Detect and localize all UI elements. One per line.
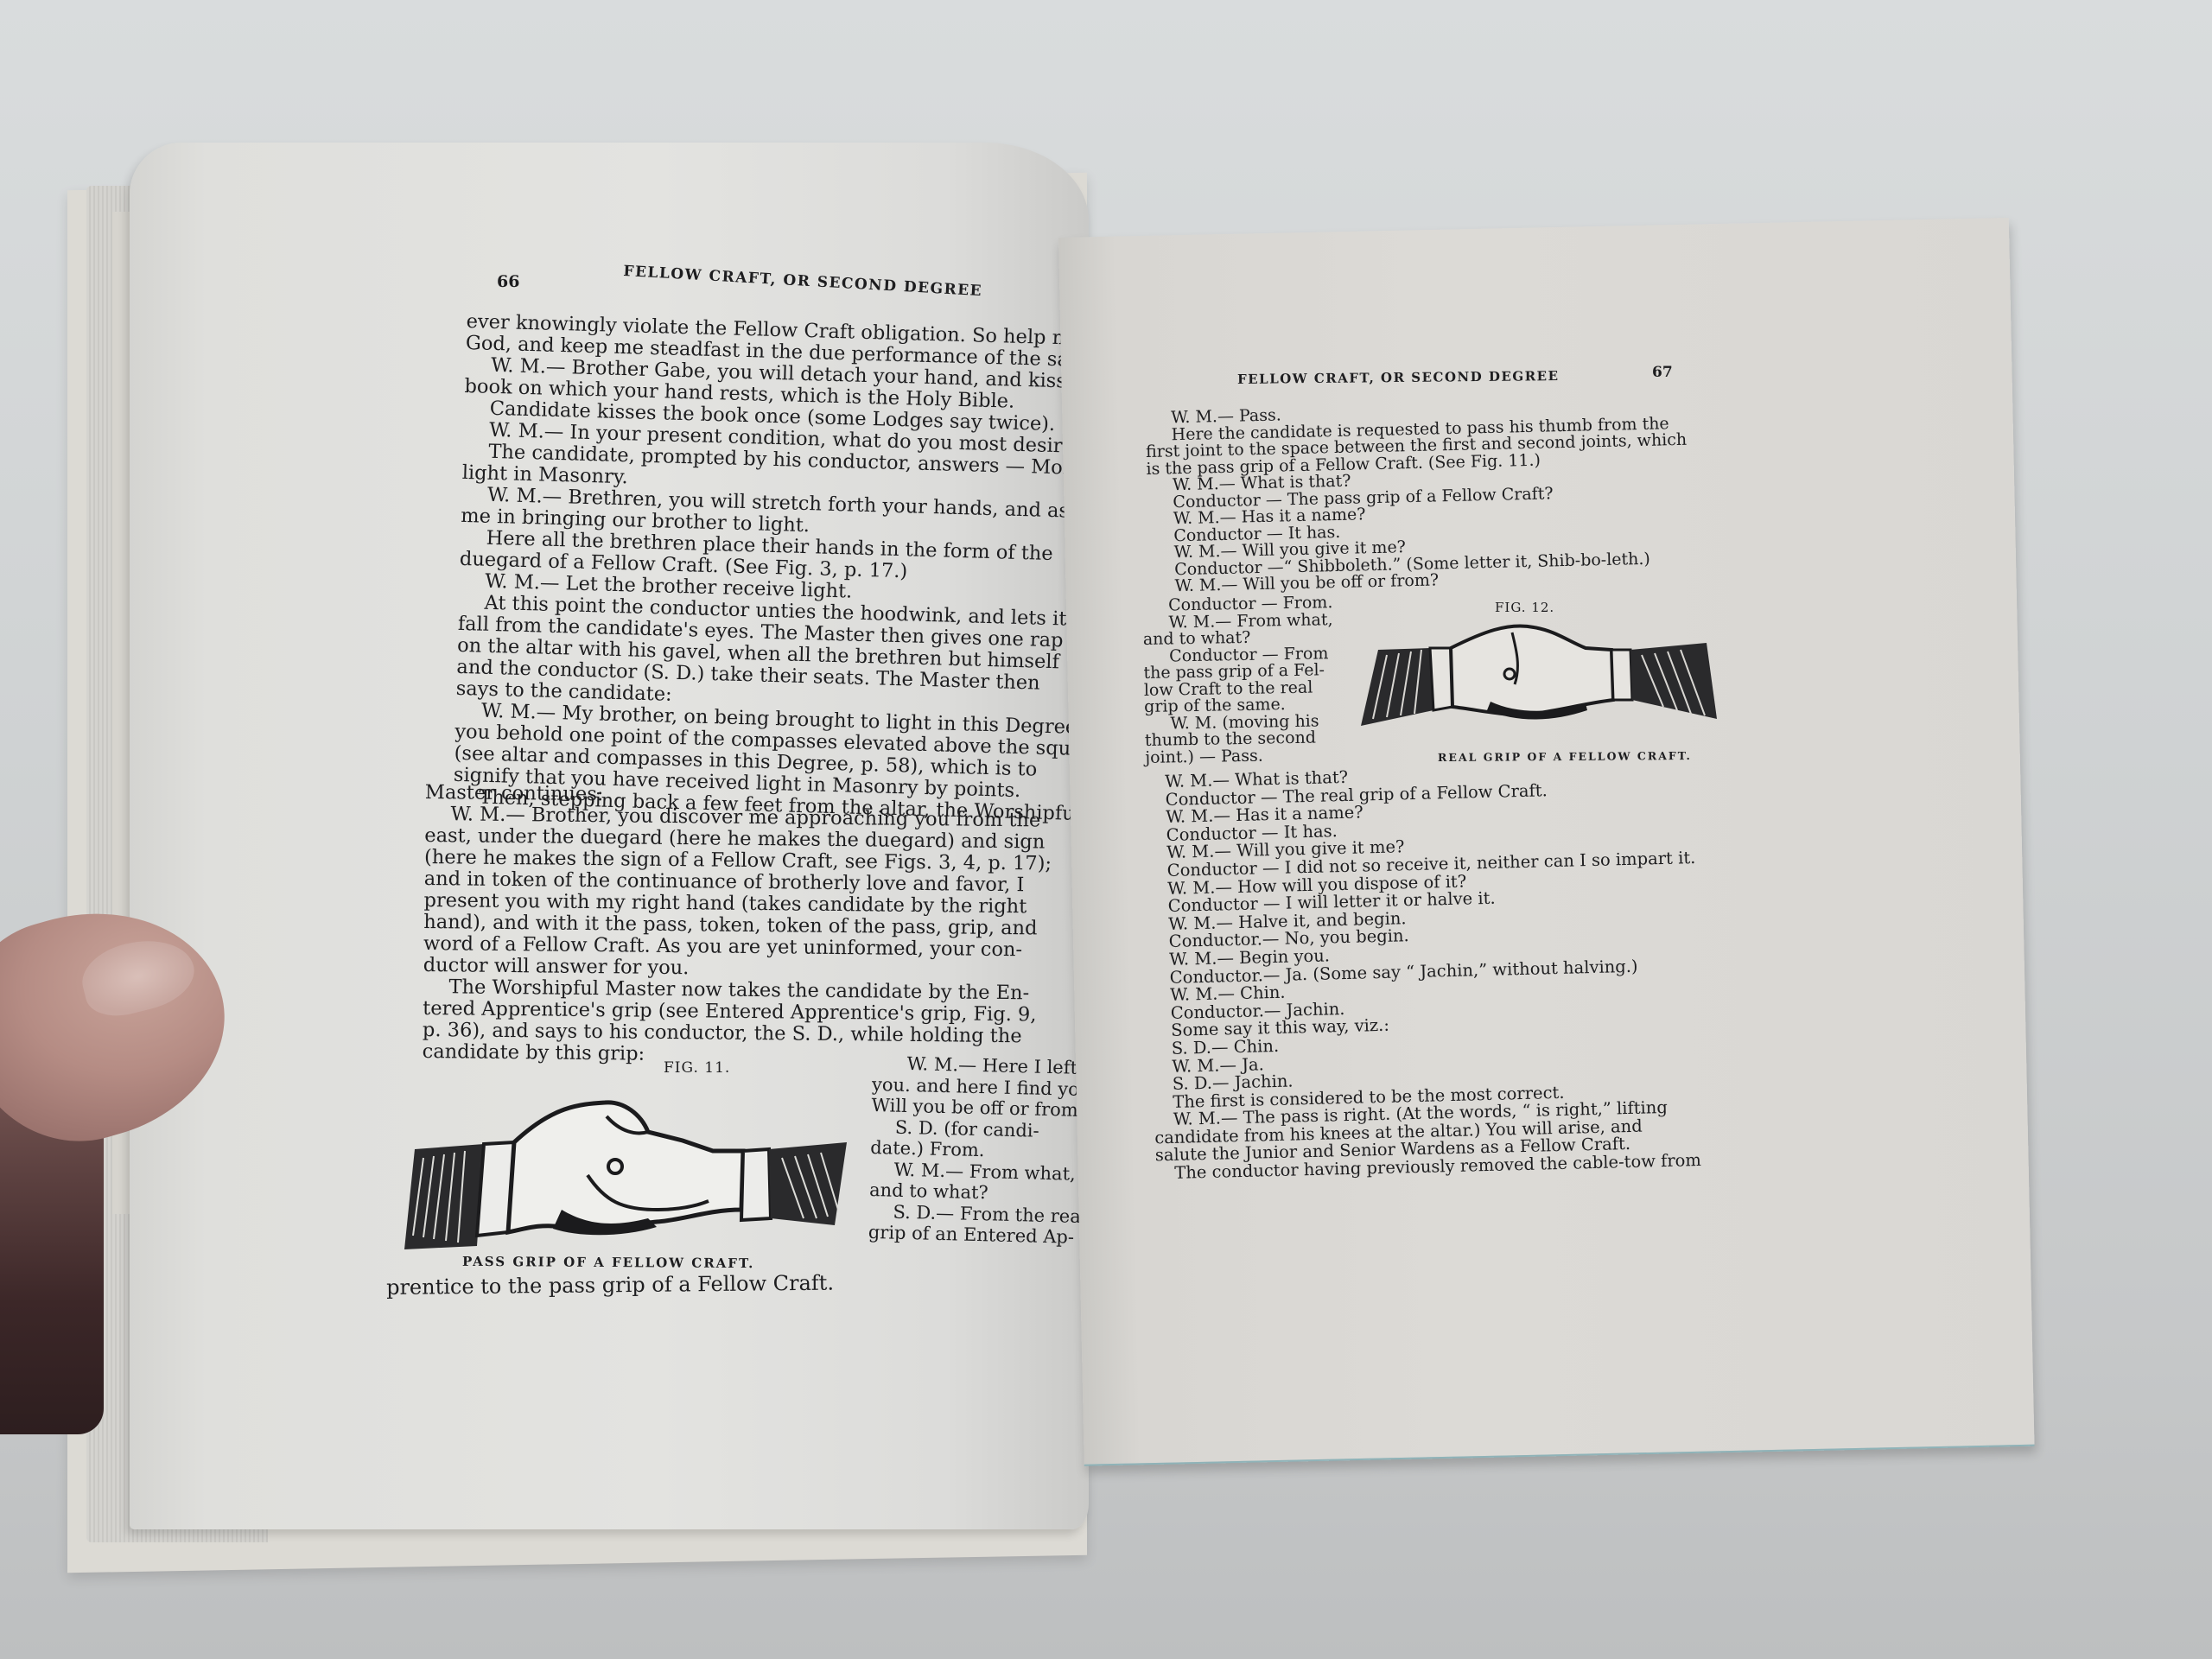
left-tail-line: prentice to the pass grip of a Fellow Cr…	[386, 1273, 834, 1299]
fig-12-label: FIG. 12.	[1495, 600, 1554, 615]
book-photo: 66 FELLOW CRAFT, OR SECOND DEGREE ever k…	[0, 0, 2212, 1659]
right-lower-text: W. M.— What is that? Conductor — The rea…	[1165, 760, 1703, 1182]
right-page-number: 67	[1652, 364, 1673, 381]
text-line: joint.) — Pass.	[1145, 747, 1336, 766]
left-page-number: 66	[497, 272, 519, 291]
fig-11-caption: PASS GRIP OF A FELLOW CRAFT.	[462, 1254, 755, 1271]
handshake-illustration-fig-11	[397, 1080, 864, 1253]
handshake-illustration-fig-12	[1361, 624, 1724, 741]
right-side-dialogue: Conductor — From. W. M.— From what, and …	[1142, 594, 1336, 766]
fig-11-label: FIG. 11.	[664, 1059, 730, 1077]
right-body-text: W. M.— Pass. Here the candidate is reque…	[1145, 398, 1690, 596]
text-line: prentice to the pass grip of a Fellow Cr…	[386, 1273, 834, 1299]
left-body-text-2: Master continues: W. M.— Brother, you di…	[423, 782, 1052, 1070]
left-body-text: ever knowingly violate the Fellow Craft …	[453, 311, 1115, 826]
hand-palm	[0, 1106, 104, 1434]
left-side-dialogue: W. M.— Here I left you. and here I find …	[868, 1052, 1097, 1249]
